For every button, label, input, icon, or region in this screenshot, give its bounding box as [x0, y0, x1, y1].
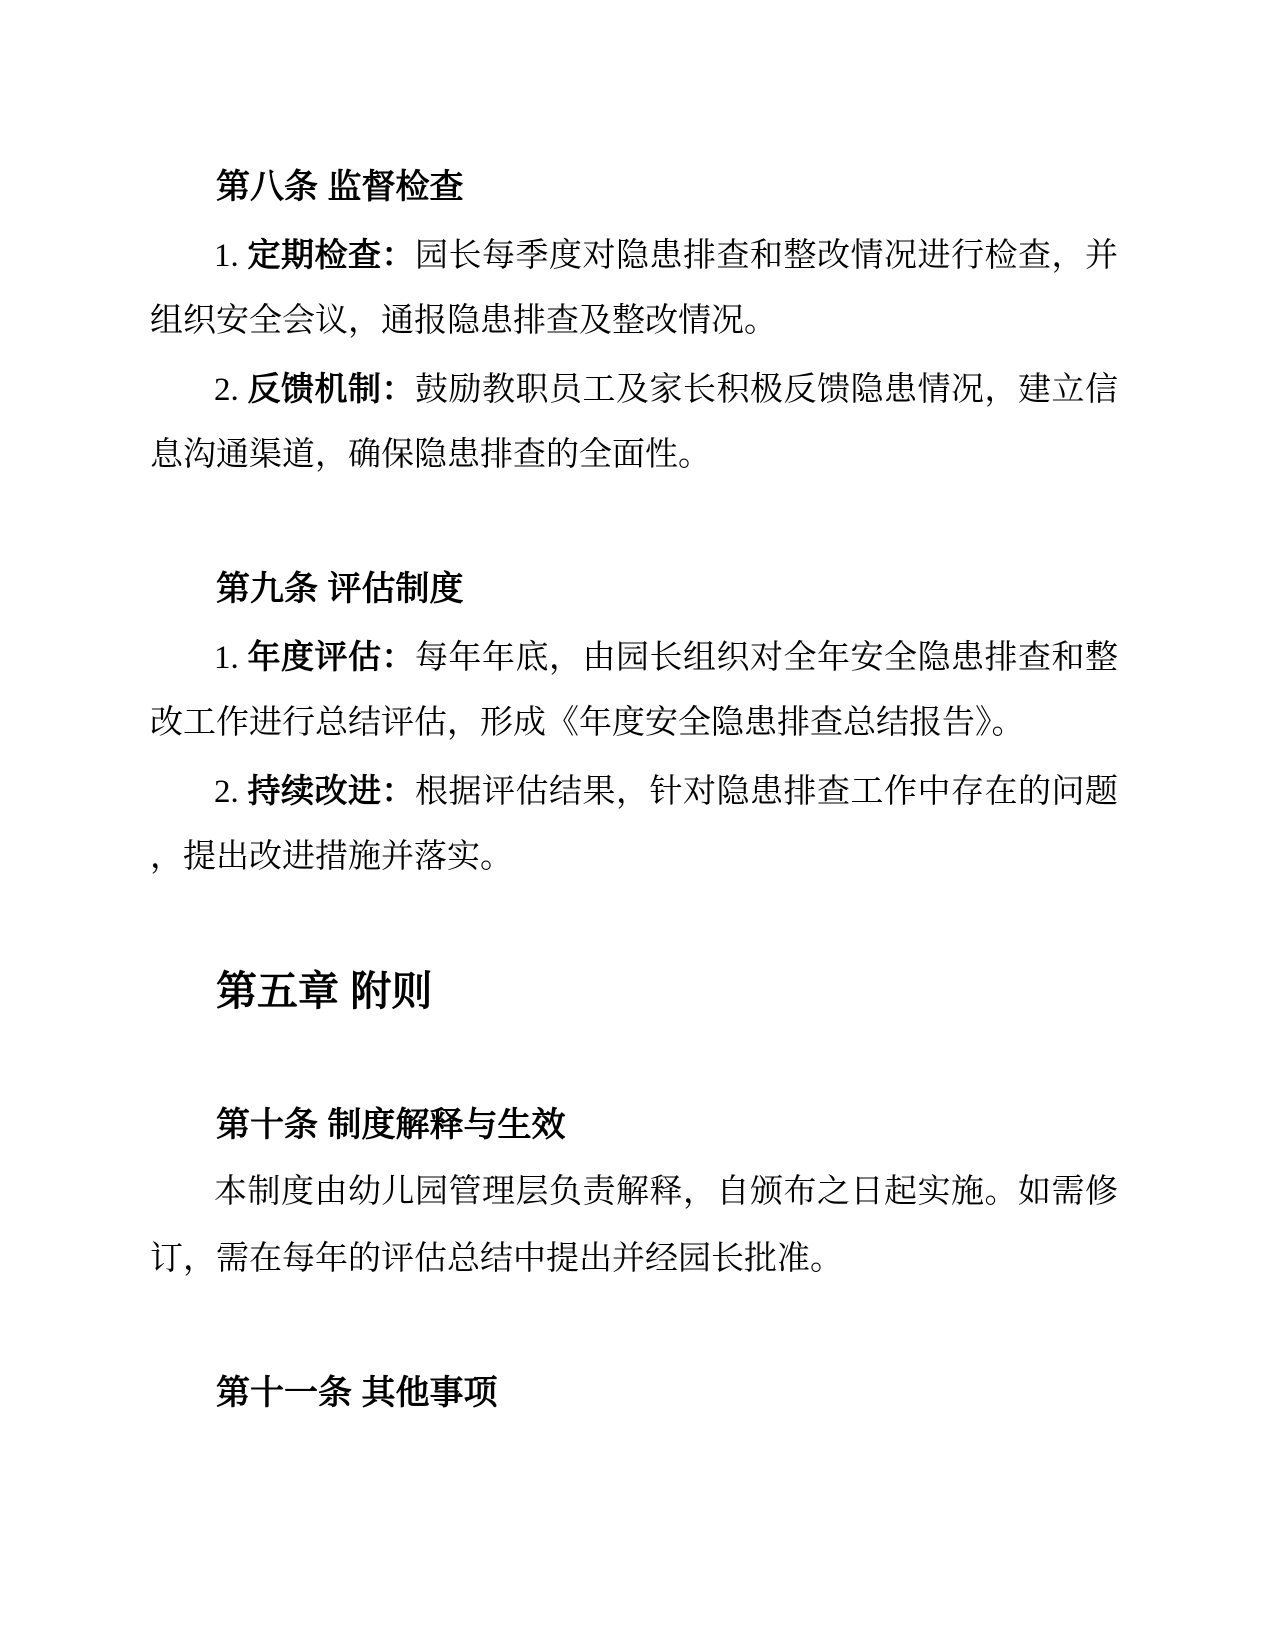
line-text: 本制度由幼儿园管理层负责解释，自颁布之日起实施。如需修 — [214, 1174, 1118, 1210]
article-8-item-2-line-2: 息沟通渠道，确保隐患排查的全面性。 — [150, 422, 1118, 489]
line-text: 订，需在每年的评估总结中提出并经园长批准。 — [150, 1241, 843, 1277]
article-9-item-2-line-2: ，提出改进措施并落实。 — [150, 824, 1118, 891]
article-10-heading: 第十条 制度解释与生效 — [150, 1092, 1118, 1159]
item-term: 定期检查： — [248, 236, 416, 273]
article-9-item-1-line-1: 1. 年度评估：每年年底，由园长组织对全年安全隐患排查和整 — [150, 623, 1118, 690]
line-text: 根据评估结果，针对隐患排查工作中存在的问题 — [415, 774, 1118, 810]
line-text: 鼓励教职员工及家长积极反馈隐患情况，建立信 — [415, 372, 1118, 408]
article-8-item-1-line-2: 组织安全会议，通报隐患排查及整改情况。 — [150, 288, 1118, 355]
item-term: 反馈机制： — [248, 370, 416, 407]
chapter-5-heading: 第五章 附则 — [150, 958, 1118, 1025]
line-text: 息沟通渠道，确保隐患排查的全面性。 — [150, 437, 711, 473]
blank-line — [150, 1025, 1118, 1092]
article-10-para-line-2: 订，需在每年的评估总结中提出并经园长批准。 — [150, 1226, 1118, 1293]
article-9-item-2-line-1: 2. 持续改进：根据评估结果，针对隐患排查工作中存在的问题 — [150, 757, 1118, 824]
line-text: 改工作进行总结评估，形成《年度安全隐患排查总结报告》。 — [150, 705, 1025, 741]
article-8-item-2-line-1: 2. 反馈机制：鼓励教职员工及家长积极反馈隐患情况，建立信 — [150, 355, 1118, 422]
article-9-item-1-line-2: 改工作进行总结评估，形成《年度安全隐患排查总结报告》。 — [150, 690, 1118, 757]
item-number: 2. — [214, 774, 248, 810]
article-10-para-line-1: 本制度由幼儿园管理层负责解释，自颁布之日起实施。如需修 — [150, 1159, 1118, 1226]
article-11-heading: 第十一条 其他事项 — [150, 1360, 1118, 1427]
article-9-heading: 第九条 评估制度 — [150, 556, 1118, 623]
item-number: 1. — [214, 238, 248, 274]
line-text: 组织安全会议，通报隐患排查及整改情况。 — [150, 303, 777, 339]
page-content: 第八条 监督检查 1. 定期检查：园长每季度对隐患排查和整改情况进行检查，并 组… — [150, 154, 1118, 1427]
blank-line — [150, 1293, 1118, 1360]
article-8-item-1-line-1: 1. 定期检查：园长每季度对隐患排查和整改情况进行检查，并 — [150, 221, 1118, 288]
item-number: 1. — [214, 640, 248, 676]
blank-line — [150, 489, 1118, 556]
article-8-heading: 第八条 监督检查 — [150, 154, 1118, 221]
document-page: 第八条 监督检查 1. 定期检查：园长每季度对隐患排查和整改情况进行检查，并 组… — [0, 0, 1275, 1650]
line-text: 园长每季度对隐患排查和整改情况进行检查，并 — [415, 238, 1118, 274]
line-text: ，提出改进措施并落实。 — [150, 839, 513, 875]
blank-line — [150, 891, 1118, 958]
item-number: 2. — [214, 372, 248, 408]
line-text: 每年年底，由园长组织对全年安全隐患排查和整 — [415, 640, 1118, 676]
item-term: 年度评估： — [248, 638, 416, 675]
item-term: 持续改进： — [248, 772, 416, 809]
